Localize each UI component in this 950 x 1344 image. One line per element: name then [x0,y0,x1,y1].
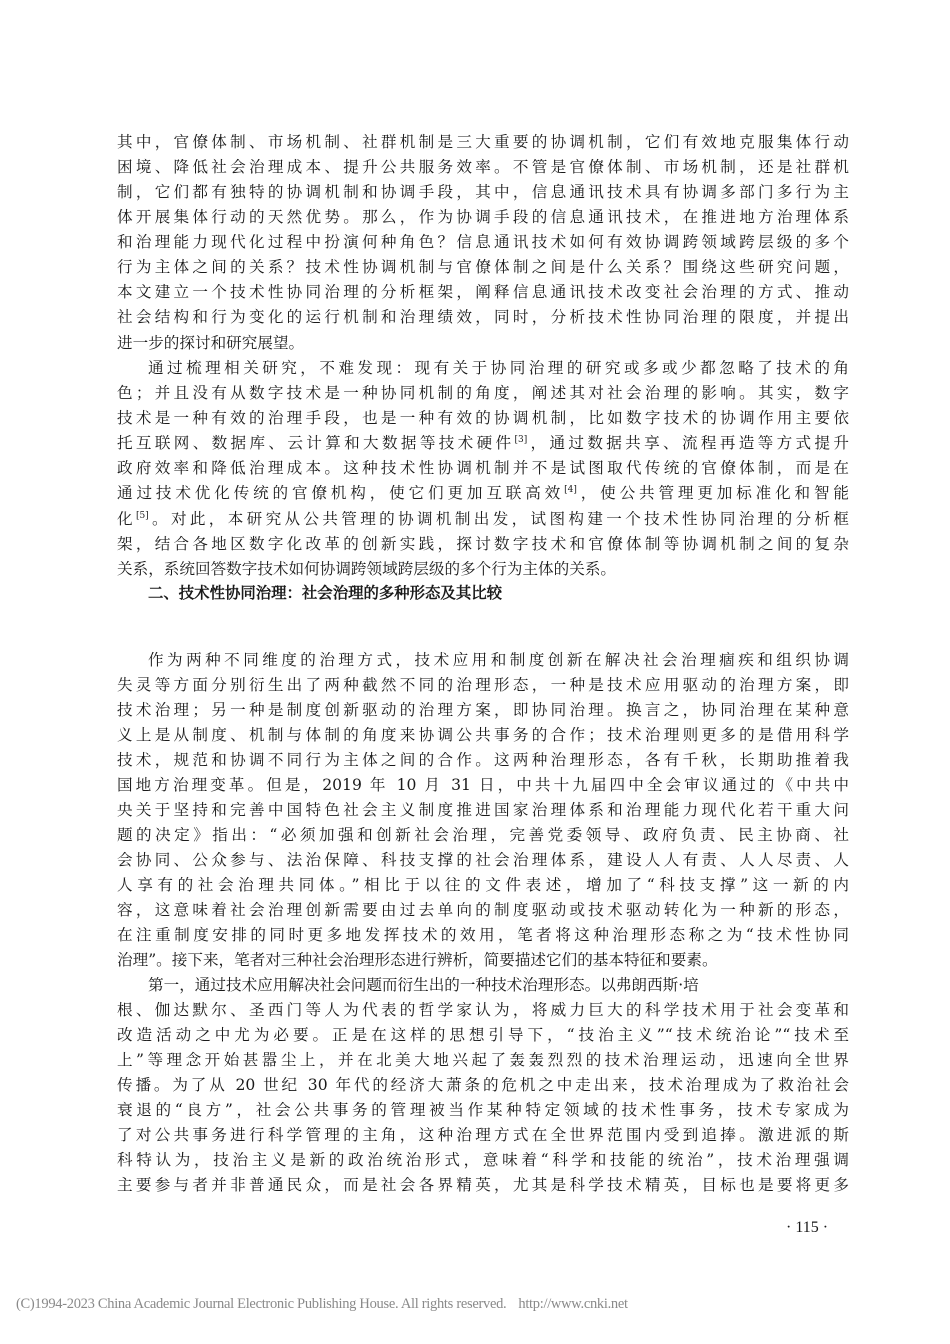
text-line: 会协同、公众参与、法治保障、科技支撑的社会治理体系，建设人人有责、人人尽责、人 [117,848,849,873]
text-line: 义上是从制度、机制与体制的角度来协调公共事务的合作；技术治理则更多的是借用科学 [117,723,849,748]
text-line: 通过梳理相关研究，不难发现：现有关于协同治理的研究或多或少都忽略了技术的角 [148,356,849,381]
text-line: 失灵等方面分别衍生出了两种截然不同的治理形态，一种是技术应用驱动的治理方案，即 [117,673,849,698]
citation-ref-3: [3] [514,435,527,445]
text-line: 通过技术优化传统的官僚机构，使它们更加互联高效[4]，使公共管理更加标准化和智能 [117,481,849,506]
text-line: 色；并且没有从数字技术是一种协同机制的角度，阐述其对社会治理的影响。其实，数字 [117,381,849,406]
text-line: 体开展集体行动的天然优势。那么，作为协调手段的信息通讯技术，在推进地方治理体系 [117,205,849,230]
copyright-text: (C)1994-2023 China Academic Journal Elec… [16,1296,506,1312]
text-line: 衰退的“良方”，社会公共事务的管理被当作某种特定领域的技术性事务，技术专家成为 [117,1098,849,1123]
text-line: 化[5]。对此，本研究从公共管理的协调机制出发，试图构建一个技术性协同治理的分析… [117,507,849,532]
text-line: 托互联网、数据库、云计算和大数据等技术硬件[3]，通过数据共享、流程再造等方式提… [117,431,849,456]
citation-ref-4: [4] [564,485,577,495]
text-line: 困境、降低社会治理成本、提升公共服务效率。不管是官僚体制、市场机制，还是社群机 [117,155,849,180]
text-line: 根、伽达默尔、圣西门等人为代表的哲学家认为，将威力巨大的科学技术用于社会变革和 [117,998,849,1023]
text-line: 本文建立一个技术性协同治理的分析框架，阐释信息通讯技术改变社会治理的方式、推动 [117,280,849,305]
text-line: 在注重制度安排的同时更多地发挥技术的效用，笔者将这种治理形态称之为“技术性协同 [117,923,849,948]
text-line: 治理”。接下来，笔者对三种社会治理形态进行辨析，简要描述它们的基本特征和要素。 [117,948,849,973]
text-line: 技术治理；另一种是制度创新驱动的治理方案，即协同治理。换言之，协同治理在某种意 [117,698,849,723]
paper-page: 其中，官僚体制、市场机制、社群机制是三大重要的协调机制，它们有效地克服集体行动 … [0,0,950,1344]
text-line: 技术，规范和协调不同行为主体之间的合作。这两种治理形态，各有千秋，长期助推着我 [117,748,849,773]
text-segment: ，使公共管理更加标准化和智能 [577,484,849,502]
text-line: 行为主体之间的关系？技术性协调机制与官僚体制之间是什么关系？围绕这些研究问题， [117,255,849,280]
text-line: 进一步的探讨和研究展望。 [117,331,849,356]
text-segment: 。对此，本研究从公共管理的协调机制出发，试图构建一个技术性协同治理的分析框 [149,510,849,528]
text-line: 上”等理念开始甚嚣尘上，并在北美大地兴起了轰轰烈烈的技术治理运动，迅速向全世界 [117,1048,849,1073]
text-line: 主要参与者并非普通民众，而是社会各界精英，尤其是科学技术精英，目标也是要将更多 [117,1173,849,1198]
text-line: 其中，官僚体制、市场机制、社群机制是三大重要的协调机制，它们有效地克服集体行动 [117,130,849,155]
text-line: 传播。为了从 20 世纪 30 年代的经济大萧条的危机之中走出来，技术治理成为了… [117,1073,849,1098]
text-line: 第一，通过技术应用解决社会问题而衍生出的一种技术治理形态。以弗朗西斯·培 [148,973,849,998]
text-line: 架，结合各地区数字化改革的创新实践，探讨数字技术和官僚体制等协调机制之间的复杂 [117,532,849,557]
text-line: 科特认为，技治主义是新的政治统治形式，意味着“科学和技能的统治”，技术治理强调 [117,1148,849,1173]
text-line: 政府效率和降低治理成本。这种技术性协调机制并不是试图取代传统的官僚体制，而是在 [117,456,849,481]
text-line: 国地方治理变革。但是，2019 年 10 月 31 日，中共十九届四中全会审议通… [117,773,849,798]
citation-ref-5: [5] [136,511,149,521]
page-number: · 115 · [786,1219,828,1237]
text-line: 制，它们都有独特的协调机制和协调手段，其中，信息通讯技术具有协调多部门多行为主 [117,180,849,205]
text-line: 技术是一种有效的治理手段，也是一种有效的协调机制，比如数字技术的协调作用主要依 [117,406,849,431]
text-line: 题的决定》指出：“必须加强和创新社会治理，完善党委领导、政府负责、民主协商、社 [117,823,849,848]
text-segment: 通过技术优化传统的官僚机构，使它们更加互联高效 [117,484,564,502]
text-line: 和治理能力现代化过程中扮演何种角色？信息通讯技术如何有效协调跨领域跨层级的多个 [117,230,849,255]
text-line: 人享有的社会治理共同体。”相比于以往的文件表述，增加了“科技支撑”这一新的内 [117,873,849,898]
text-segment: 托互联网、数据库、云计算和大数据等技术硬件 [117,434,514,452]
publisher-url: http://www.cnki.net [518,1296,627,1312]
text-line: 了对公共事务进行科学管理的主角，这种治理方式在全世界范围内受到追捧。激进派的斯 [117,1123,849,1148]
text-segment: 化 [117,510,136,528]
section-heading: 二、技术性协同治理：社会治理的多种形态及其比较 [148,581,502,606]
text-line: 作为两种不同维度的治理方式，技术应用和制度创新在解决社会治理痼疾和组织协调 [148,648,849,673]
text-segment: ，通过数据共享、流程再造等方式提升 [527,434,849,452]
text-line: 关系，系统回答数字技术如何协调跨领域跨层级的多个行为主体的关系。 [117,557,849,582]
text-line: 央关于坚持和完善中国特色社会主义制度推进国家治理体系和治理能力现代化若干重大问 [117,798,849,823]
text-line: 容，这意味着社会治理创新需要由过去单向的制度驱动或技术驱动转化为一种新的形态， [117,898,849,923]
text-line: 社会结构和行为变化的运行机制和治理绩效，同时，分析技术性协同治理的限度，并提出 [117,305,849,330]
text-line: 改造活动之中尤为必要。正是在这样的思想引导下，“技治主义”“技术统治论”“技术至 [117,1023,849,1048]
copyright-footer: (C)1994-2023 China Academic Journal Elec… [16,1296,628,1313]
